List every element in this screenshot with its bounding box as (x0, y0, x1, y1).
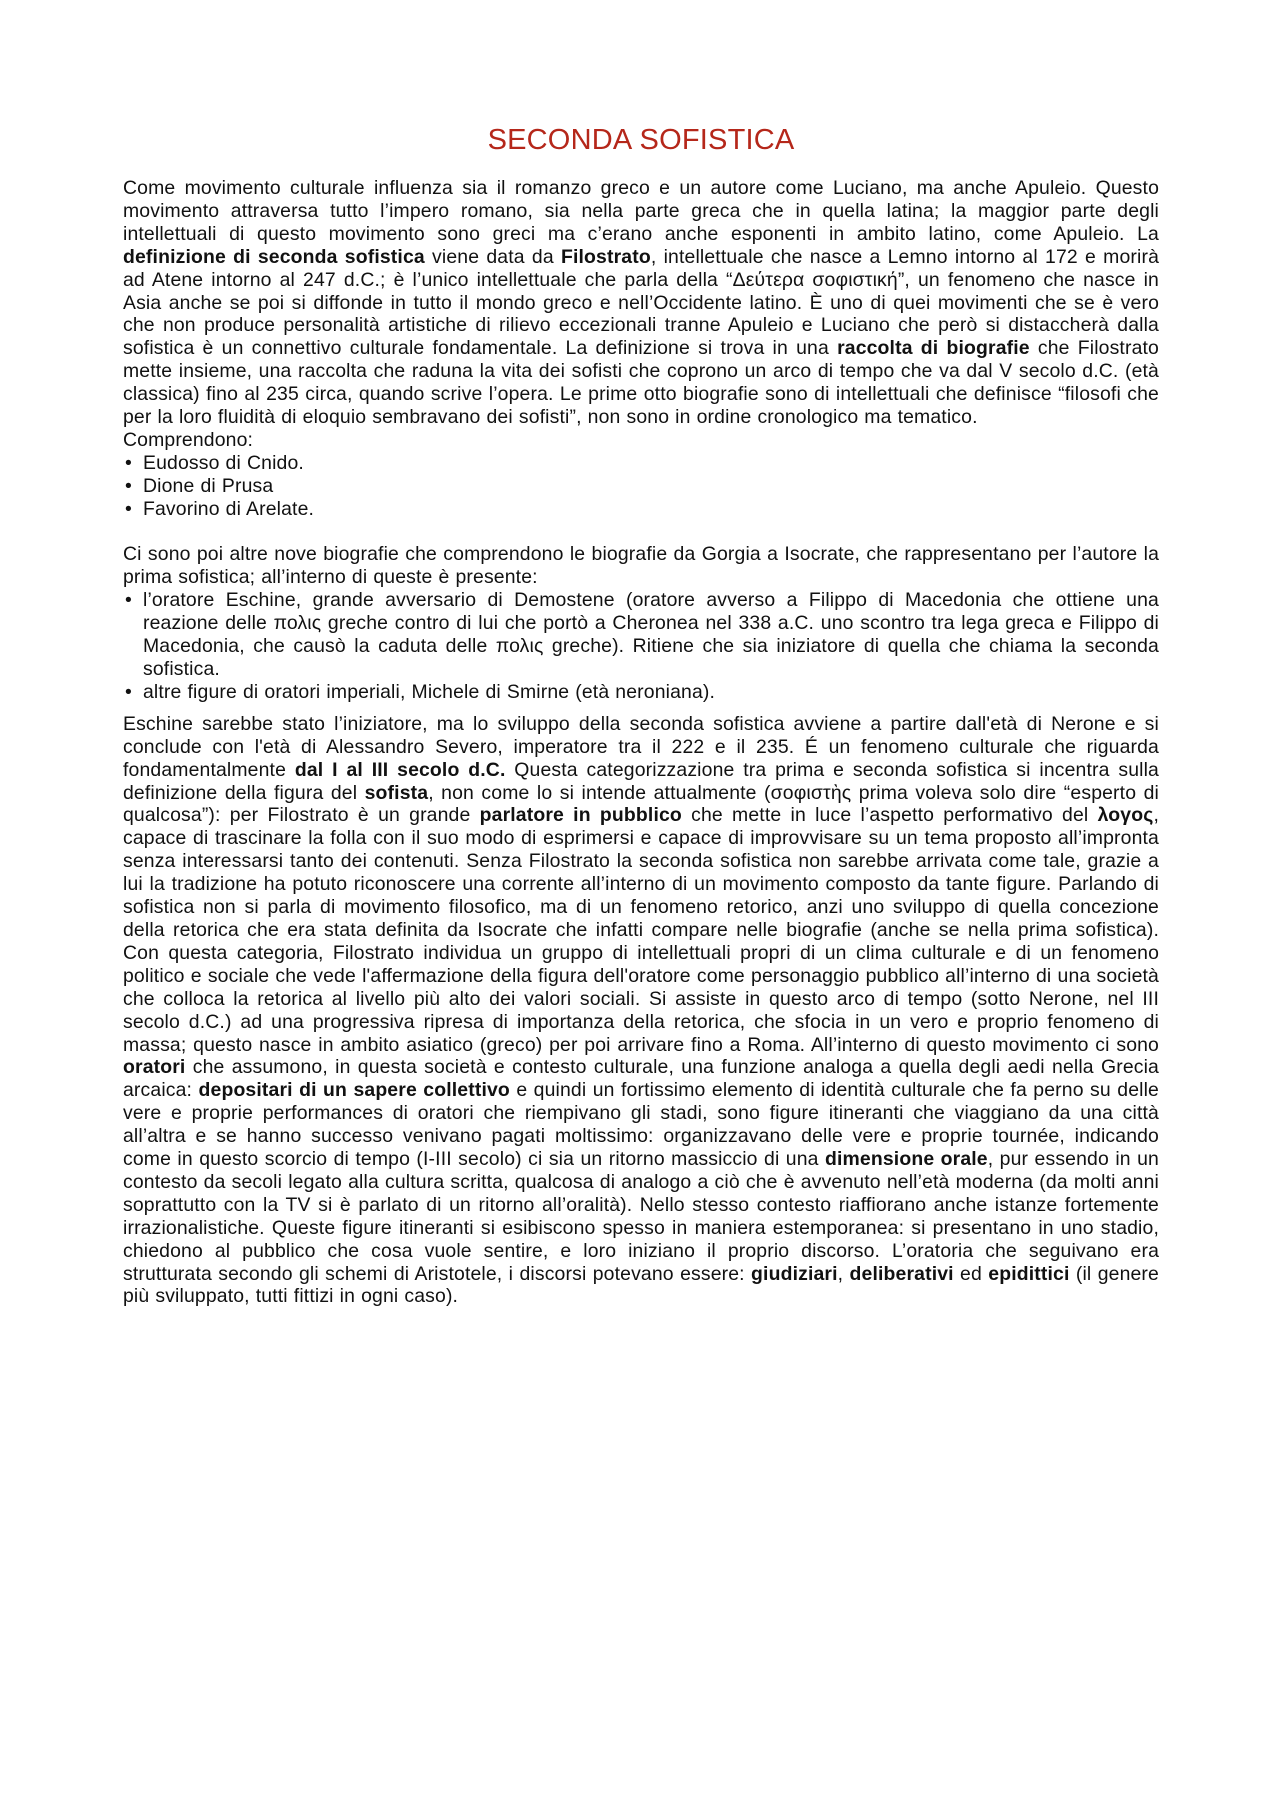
paragraph-comprendono: Comprendono: (123, 429, 1159, 452)
paragraph-development: Eschine sarebbe stato l’iniziatore, ma l… (123, 713, 1159, 1309)
text-run: che mette in luce l’aspetto performativo… (682, 804, 1098, 826)
list-item: •altre figure di oratori imperiali, Mich… (123, 681, 1159, 704)
paragraph-intro: Come movimento culturale influenza sia i… (123, 177, 1159, 429)
text-run: viene data da (425, 246, 561, 268)
bold-term: dimensione orale (825, 1148, 988, 1170)
list-item: •l’oratore Eschine, grande avversario di… (123, 589, 1159, 681)
paragraph-nine-biographies: Ci sono poi altre nove biografie che com… (123, 543, 1159, 589)
list-item: •Dione di Prusa (123, 475, 1159, 498)
text-run: , (838, 1263, 850, 1285)
bold-term: oratori (123, 1056, 185, 1078)
spacer (123, 704, 1159, 713)
list-biographies: •Eudosso di Cnido. •Dione di Prusa •Favo… (123, 452, 1159, 521)
list-item-text: Eudosso di Cnido. (143, 452, 304, 474)
list-item-text: Dione di Prusa (143, 475, 273, 497)
bold-term: raccolta di biografie (837, 337, 1030, 359)
bullet-icon: • (125, 452, 132, 475)
bold-term: deliberativi (850, 1263, 954, 1285)
bullet-icon: • (125, 681, 132, 704)
spacer (123, 521, 1159, 544)
text-run: , capace di trascinare la folla con il s… (123, 804, 1159, 1055)
list-eschine: •l’oratore Eschine, grande avversario di… (123, 589, 1159, 704)
bold-term: parlatore in pubblico (480, 804, 682, 826)
bold-term: λογος (1098, 804, 1154, 826)
bold-term: Filostrato (561, 246, 651, 268)
text-run: Come movimento culturale influenza sia i… (123, 177, 1159, 245)
bold-term: sofista (365, 782, 429, 804)
bold-term: definizione di seconda sofistica (123, 246, 425, 268)
bold-term: dal I al III secolo d.C. (295, 759, 506, 781)
bold-term: depositari di un sapere collettivo (199, 1079, 510, 1101)
list-item: •Favorino di Arelate. (123, 498, 1159, 521)
bold-term: giudiziari (751, 1263, 838, 1285)
page-title: SECONDA SOFISTICA (123, 120, 1159, 160)
bullet-icon: • (125, 589, 132, 612)
list-item-text: l’oratore Eschine, grande avversario di … (143, 589, 1159, 680)
document-body: Come movimento culturale influenza sia i… (123, 177, 1159, 1308)
bullet-icon: • (125, 498, 132, 521)
list-item-text: altre figure di oratori imperiali, Miche… (143, 681, 715, 703)
bullet-icon: • (125, 475, 132, 498)
bold-term: epidittici (988, 1263, 1069, 1285)
text-run: ed (954, 1263, 989, 1285)
list-item-text: Favorino di Arelate. (143, 498, 314, 520)
list-item: •Eudosso di Cnido. (123, 452, 1159, 475)
